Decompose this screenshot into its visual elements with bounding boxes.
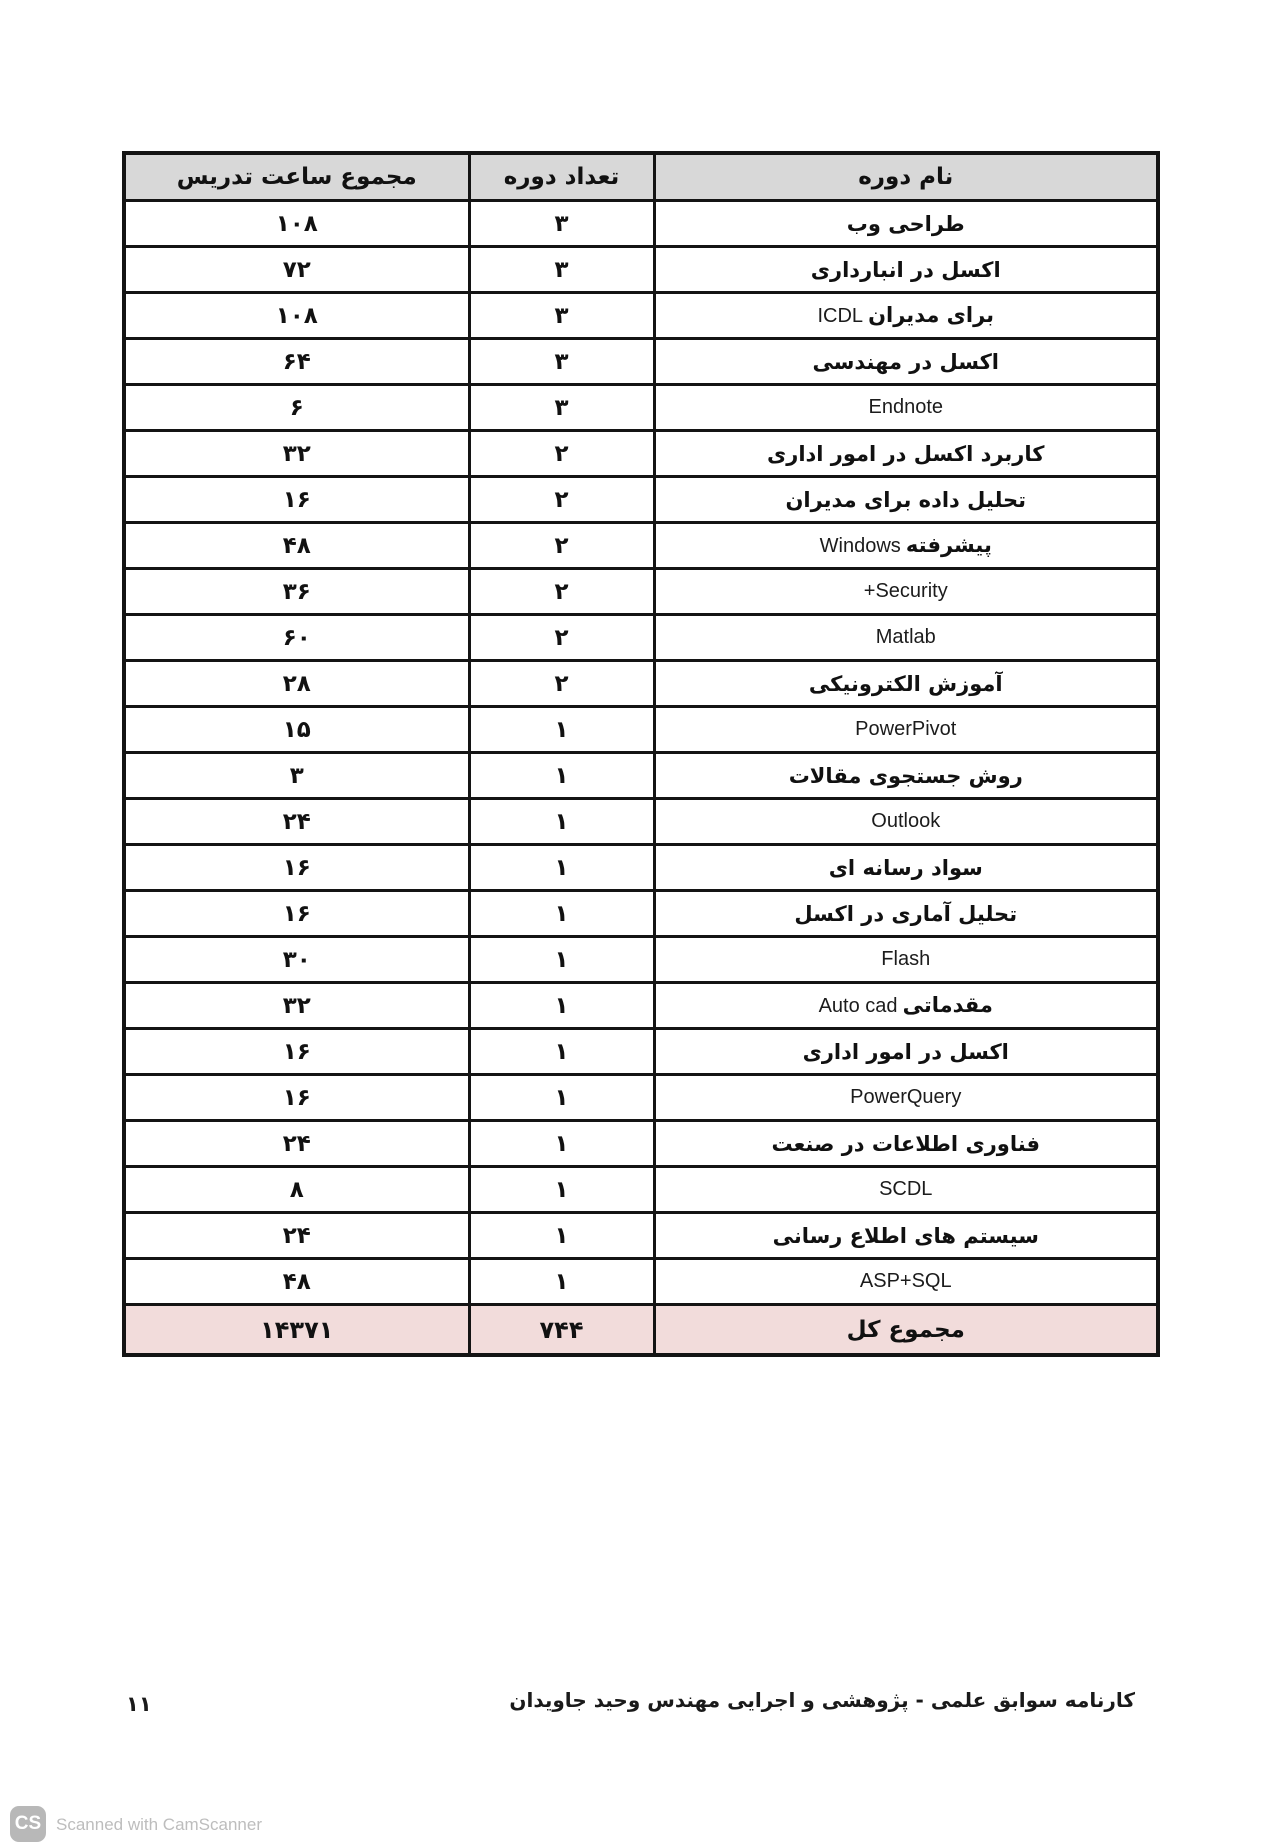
table-row: Security+۲۳۶ [124, 569, 1158, 615]
course-count-cell: ۱ [469, 845, 654, 891]
course-name-cell: برای مدیران ICDL [654, 293, 1158, 339]
course-name-fa: کاربرد اکسل در امور اداری [767, 442, 1045, 466]
course-count-cell: ۳ [469, 201, 654, 247]
course-name-cell: تحلیل داده برای مدیران [654, 477, 1158, 523]
course-name-fa: برای مدیران [868, 303, 994, 327]
document-footer-title: کارنامه سوابق علمی - پژوهشی و اجرایی مهن… [509, 1688, 1135, 1712]
course-count-cell: ۱ [469, 799, 654, 845]
course-name-cell: SCDL [654, 1167, 1158, 1213]
course-name-fa: اکسل در امور اداری [803, 1040, 1009, 1064]
course-count-cell: ۲ [469, 661, 654, 707]
course-name-cell: اکسل در امور اداری [654, 1029, 1158, 1075]
course-count-cell: ۳ [469, 293, 654, 339]
course-name-fa: پیشرفته [906, 533, 992, 557]
course-name-cell: روش جستجوی مقالات [654, 753, 1158, 799]
table-row: آموزش الکترونیکی۲۲۸ [124, 661, 1158, 707]
course-name-cell: سواد رسانه ای [654, 845, 1158, 891]
course-name-fa: فناوری اطلاعات در صنعت [771, 1132, 1040, 1156]
course-hours-cell: ۱۵ [124, 707, 469, 753]
table-header-row: نام دوره تعداد دوره مجموع ساعت تدریس [124, 153, 1158, 201]
course-hours-cell: ۸ [124, 1167, 469, 1213]
course-name-en: PowerPivot [855, 718, 956, 740]
course-count-cell: ۱ [469, 1121, 654, 1167]
course-hours-cell: ۱۶ [124, 891, 469, 937]
course-count-cell: ۱ [469, 1075, 654, 1121]
course-count-cell: ۱ [469, 983, 654, 1029]
course-count-cell: ۱ [469, 1167, 654, 1213]
course-hours-cell: ۳۶ [124, 569, 469, 615]
courses-table-body: طراحی وب۳۱۰۸اکسل در انبارداری۳۷۲برای مدی… [124, 201, 1158, 1305]
course-hours-cell: ۱۰۸ [124, 201, 469, 247]
course-count-cell: ۱ [469, 1259, 654, 1305]
course-hours-cell: ۳۰ [124, 937, 469, 983]
course-hours-cell: ۲۴ [124, 1121, 469, 1167]
scanned-document-page: { "page": { "footer_title": "کارنامه سوا… [0, 0, 1272, 1848]
course-name-cell: پیشرفته Windows [654, 523, 1158, 569]
header-course-name: نام دوره [654, 153, 1158, 201]
course-name-fa: اکسل در انبارداری [811, 258, 1001, 282]
table-row: Outlook۱۲۴ [124, 799, 1158, 845]
table-row: SCDL۱۸ [124, 1167, 1158, 1213]
table-row: Matlab۲۶۰ [124, 615, 1158, 661]
course-name-cell: Flash [654, 937, 1158, 983]
course-name-en: Outlook [871, 810, 940, 832]
table-row: ASP+SQL۱۴۸ [124, 1259, 1158, 1305]
total-row: مجموع کل ۷۴۴ ۱۴۳۷۱ [124, 1305, 1158, 1356]
course-name-cell: PowerQuery [654, 1075, 1158, 1121]
course-name-cell: Outlook [654, 799, 1158, 845]
course-count-cell: ۳ [469, 339, 654, 385]
course-count-cell: ۱ [469, 1029, 654, 1075]
course-hours-cell: ۱۶ [124, 1029, 469, 1075]
course-name-en: Matlab [876, 626, 936, 648]
course-hours-cell: ۲۸ [124, 661, 469, 707]
table-row: PowerPivot۱۱۵ [124, 707, 1158, 753]
course-name-en: SCDL [879, 1178, 932, 1200]
course-name-cell: Security+ [654, 569, 1158, 615]
course-name-cell: فناوری اطلاعات در صنعت [654, 1121, 1158, 1167]
course-count-cell: ۱ [469, 753, 654, 799]
table-row: PowerQuery۱۱۶ [124, 1075, 1158, 1121]
course-count-cell: ۲ [469, 477, 654, 523]
course-hours-cell: ۶ [124, 385, 469, 431]
course-name-fa: مقدماتی [903, 993, 993, 1017]
course-name-cell: طراحی وب [654, 201, 1158, 247]
table-row: تحلیل داده برای مدیران۲۱۶ [124, 477, 1158, 523]
course-name-cell: تحلیل آماری در اکسل [654, 891, 1158, 937]
teaching-courses-table: نام دوره تعداد دوره مجموع ساعت تدریس طرا… [122, 151, 1160, 1357]
course-name-en: ASP+SQL [860, 1270, 952, 1292]
camscanner-logo-icon: CS [10, 1806, 46, 1842]
course-hours-cell: ۳۲ [124, 983, 469, 1029]
course-count-cell: ۱ [469, 937, 654, 983]
course-name-fa: روش جستجوی مقالات [789, 764, 1023, 788]
course-name-cell: مقدماتی Auto cad [654, 983, 1158, 1029]
course-hours-cell: ۱۶ [124, 477, 469, 523]
course-name-en: Security+ [864, 580, 948, 602]
table-row: برای مدیران ICDL۳۱۰۸ [124, 293, 1158, 339]
course-name-fa: سیستم های اطلاع رسانی [773, 1224, 1039, 1248]
course-hours-cell: ۴۸ [124, 1259, 469, 1305]
course-name-cell: کاربرد اکسل در امور اداری [654, 431, 1158, 477]
course-hours-cell: ۱۶ [124, 1075, 469, 1121]
table-row: اکسل در امور اداری۱۱۶ [124, 1029, 1158, 1075]
table-row: طراحی وب۳۱۰۸ [124, 201, 1158, 247]
course-name-en: Flash [881, 948, 930, 970]
course-name-en: Windows [820, 535, 901, 557]
table-row: پیشرفته Windows۲۴۸ [124, 523, 1158, 569]
total-course-count: ۷۴۴ [469, 1305, 654, 1356]
header-total-hours: مجموع ساعت تدریس [124, 153, 469, 201]
table-row: اکسل در انبارداری۳۷۲ [124, 247, 1158, 293]
course-count-cell: ۲ [469, 431, 654, 477]
header-course-count: تعداد دوره [469, 153, 654, 201]
course-name-en: PowerQuery [850, 1086, 961, 1108]
table-row: اکسل در مهندسی۳۶۴ [124, 339, 1158, 385]
course-hours-cell: ۳ [124, 753, 469, 799]
table-row: فناوری اطلاعات در صنعت۱۲۴ [124, 1121, 1158, 1167]
course-hours-cell: ۲۴ [124, 799, 469, 845]
total-hours: ۱۴۳۷۱ [124, 1305, 469, 1356]
course-name-fa: آموزش الکترونیکی [809, 672, 1003, 696]
course-name-fa: تحلیل داده برای مدیران [785, 488, 1026, 512]
course-name-cell: اکسل در انبارداری [654, 247, 1158, 293]
course-hours-cell: ۱۰۸ [124, 293, 469, 339]
course-hours-cell: ۱۶ [124, 845, 469, 891]
course-count-cell: ۲ [469, 615, 654, 661]
course-name-cell: Matlab [654, 615, 1158, 661]
course-name-fa: تحلیل آماری در اکسل [794, 902, 1017, 926]
table-row: مقدماتی Auto cad۱۳۲ [124, 983, 1158, 1029]
course-name-fa: سواد رسانه ای [829, 856, 983, 880]
course-count-cell: ۱ [469, 1213, 654, 1259]
course-name-en: ICDL [817, 305, 863, 327]
course-hours-cell: ۳۲ [124, 431, 469, 477]
course-count-cell: ۳ [469, 385, 654, 431]
course-hours-cell: ۶۰ [124, 615, 469, 661]
course-name-fa: طراحی وب [847, 212, 965, 236]
course-name-cell: Endnote [654, 385, 1158, 431]
table-row: سیستم های اطلاع رسانی۱۲۴ [124, 1213, 1158, 1259]
camscanner-watermark-text: Scanned with CamScanner [56, 1815, 262, 1835]
course-name-cell: آموزش الکترونیکی [654, 661, 1158, 707]
page-number: ۱۱ [126, 1692, 152, 1716]
course-name-cell: سیستم های اطلاع رسانی [654, 1213, 1158, 1259]
course-name-cell: ASP+SQL [654, 1259, 1158, 1305]
course-hours-cell: ۶۴ [124, 339, 469, 385]
course-name-en: Auto cad [819, 995, 898, 1017]
course-hours-cell: ۴۸ [124, 523, 469, 569]
course-name-cell: اکسل در مهندسی [654, 339, 1158, 385]
course-count-cell: ۱ [469, 707, 654, 753]
course-count-cell: ۳ [469, 247, 654, 293]
course-count-cell: ۱ [469, 891, 654, 937]
course-name-cell: PowerPivot [654, 707, 1158, 753]
table-row: روش جستجوی مقالات۱۳ [124, 753, 1158, 799]
course-count-cell: ۲ [469, 569, 654, 615]
table-row: سواد رسانه ای۱۱۶ [124, 845, 1158, 891]
course-hours-cell: ۲۴ [124, 1213, 469, 1259]
total-label: مجموع کل [654, 1305, 1158, 1356]
table-row: تحلیل آماری در اکسل۱۱۶ [124, 891, 1158, 937]
table-row: کاربرد اکسل در امور اداری۲۳۲ [124, 431, 1158, 477]
course-name-en: Endnote [868, 396, 943, 418]
course-name-fa: اکسل در مهندسی [813, 350, 999, 374]
table-row: Endnote۳۶ [124, 385, 1158, 431]
table-row: Flash۱۳۰ [124, 937, 1158, 983]
course-hours-cell: ۷۲ [124, 247, 469, 293]
course-count-cell: ۲ [469, 523, 654, 569]
